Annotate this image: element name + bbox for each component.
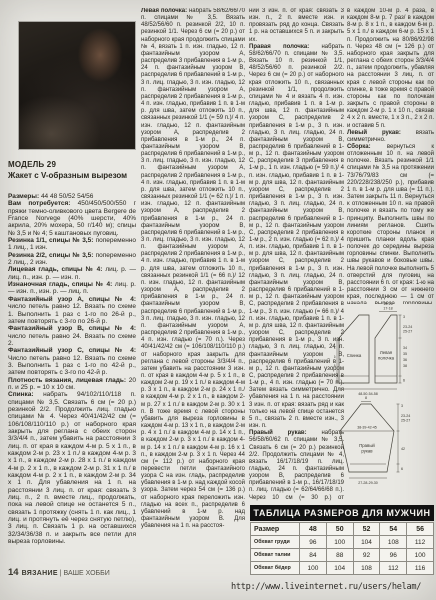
row-label: Обхват талии	[251, 549, 300, 562]
dim-top-width-2: 17-18	[383, 307, 392, 311]
dim-side-left-1: 34	[334, 346, 336, 350]
paragraph-lead: Спинка:	[8, 391, 43, 398]
paragraph-lead: Фантазийный узор А, спицы № 4:	[8, 296, 136, 303]
page-title: Жакет с V-образным вырезом	[8, 171, 136, 180]
paragraph: Резинка 2/2, спицы № 3,5: попеременно 2 …	[8, 252, 136, 267]
magazine-subtitle: ВАШЕ ХОББИ	[64, 570, 110, 577]
table-cell: 84	[300, 549, 327, 562]
paragraph: Фантазийный узор А, спицы № 4: число пет…	[8, 296, 136, 325]
dim-body-width: 48-50-54-58	[358, 392, 378, 396]
schematic-front-piece	[375, 315, 397, 383]
schematic-sleeve-piece	[340, 404, 394, 472]
table-cell: 112	[380, 562, 407, 575]
dim-side-4: 38	[403, 364, 407, 368]
table-cell: 50	[326, 523, 353, 536]
text-column-1: Размеры: 44 48 50/52 54/56Вам потребуетс…	[8, 193, 136, 563]
paragraph-lead: Правый рукав:	[249, 430, 321, 436]
paragraph-lead: Левая полочка:	[141, 8, 189, 14]
paragraph: в каждом 10-м р. 4 раза, в каждом 8-м р.…	[347, 8, 434, 130]
paragraph: Вам потребуется: 450/450/500/550 г пряжи…	[8, 200, 136, 237]
table-cell: 104	[353, 536, 380, 549]
table-cell: 92	[353, 549, 380, 562]
paragraph: нии 3 изн. п. от края: связать 3 изн. п.…	[249, 8, 344, 44]
paragraph: Левый рукав: вязать симметрично.	[347, 130, 434, 144]
table-cell: 48	[300, 523, 327, 536]
paragraph-lead: Правая полочка:	[249, 44, 321, 50]
paragraph-lead: Фантазийный узор В, спицы № 4:	[8, 325, 136, 332]
paragraph: Плотность вязания, лицевая гладь: 20 п. …	[8, 377, 136, 392]
table-cell: 96	[300, 536, 327, 549]
table-cell: 88	[326, 549, 353, 562]
paragraph-lead: Плотность вязания, лицевая гладь:	[8, 377, 129, 384]
row-label: Обхват груди	[251, 536, 300, 549]
table-cell: 100	[326, 536, 353, 549]
table-cell: 96	[380, 549, 407, 562]
dim-sleeve-raglan-2: 25-27	[401, 419, 410, 423]
size-table: ТАБЛИЦА РАЗМЕРОВ ДЛЯ МУЖЧИН Размер485052…	[250, 505, 434, 575]
table-cell: 116	[407, 562, 434, 575]
dim-sleeve-raglan-1: 23-24	[401, 414, 410, 418]
row-label: Размер	[251, 523, 300, 536]
size-table-title: ТАБЛИЦА РАЗМЕРОВ ДЛЯ МУЖЧИН	[250, 505, 434, 521]
paragraph: Фантазийный узор В, спицы № 4: число пет…	[8, 325, 136, 347]
sleeve-label-1: Правый	[359, 443, 375, 448]
dim-sleeve-side: 42	[401, 447, 405, 451]
page-footer: 14ВЯЗАНИЕ | ВАШЕ ХОББИ	[8, 567, 110, 578]
model-number: МОДЕЛЬ 29	[8, 160, 136, 169]
text-column-4: в каждом 10-м р. 4 раза, в каждом 8-м р.…	[347, 8, 434, 304]
dim-raglan-1: 23-24	[403, 325, 412, 329]
paragraph: Лицевая гладь, спицы № 4: лиц. р. — лиц.…	[8, 266, 136, 281]
paragraph-lead: Левый рукав:	[347, 130, 416, 136]
source-url: http://www.liveinternet.ru/users/helam/	[231, 582, 436, 592]
table-cell: 100	[407, 549, 434, 562]
dim-sleeve-top: 8	[365, 396, 367, 400]
paragraph-lead: Резинка 2/2, спицы № 3,5:	[8, 252, 96, 259]
dim-top-width-1: 15-16	[383, 302, 392, 306]
table-cell: 112	[407, 536, 434, 549]
table-cell: 54	[380, 523, 407, 536]
table-row: Размер4850525456	[251, 523, 434, 536]
dim-raglan-2: 25-27	[403, 330, 412, 334]
dim-side-3: 36	[403, 358, 407, 362]
table-cell: 108	[353, 562, 380, 575]
magazine-page: МОДЕЛЬ 29 Жакет с V-образным вырезом Раз…	[0, 0, 436, 600]
paragraph-lead: Вам потребуется:	[8, 200, 78, 207]
pattern-schematic: 15-16 17-18 3 23-24 25-27 34 35 36 38 6 …	[334, 300, 434, 504]
paragraph-lead: Изнаночная гладь, спицы № 4:	[8, 281, 115, 288]
paragraph: Резинка 1/1, спицы № 3,5: попеременно 1 …	[8, 237, 136, 252]
paragraph: Правая полочка: набрать 58/62/66/70 п. с…	[249, 44, 344, 430]
table-cell: 52	[353, 523, 380, 536]
text-column-2: Левая полочка: набрать 58/62/66/70 п. сп…	[141, 8, 245, 592]
front-piece-label-1: Левая	[380, 350, 393, 355]
footer-separator: |	[60, 570, 62, 577]
paragraph-lead: Лицевая гладь, спицы № 4:	[8, 266, 105, 273]
paragraph: Сборка: вернуться к отложенным 10 п. на …	[347, 144, 434, 304]
size-table-grid: Размер4850525456Обхват груди961001041081…	[250, 522, 434, 575]
paragraph-lead: Сборка:	[347, 144, 387, 150]
page-number: 14	[8, 567, 19, 578]
paragraph-lead: Фантазийный узор С, спицы № 4:	[8, 347, 136, 354]
text-column-3: нии 3 изн. п. от края: связать 3 изн. п.…	[249, 8, 344, 502]
dim-sleeve-rib: 6	[401, 467, 403, 471]
paragraph: Фантазийный узор С, спицы № 4: Число пет…	[8, 347, 136, 376]
dim-rib: 6	[403, 379, 405, 383]
table-row: Обхват талии84889296100	[251, 549, 434, 562]
dim-neck-drop: 3	[403, 315, 405, 319]
sleeve-label-2: рукав	[361, 449, 373, 454]
paragraph-lead: Размеры:	[8, 193, 41, 200]
schematic-back-piece	[339, 315, 369, 383]
dim-sleeve-cuff-width: 27-28-29-30	[358, 481, 378, 485]
table-cell: 108	[380, 536, 407, 549]
table-cell: 56	[407, 523, 434, 536]
paragraph: Правый рукав: набрать 56/58/60/62 п. спи…	[249, 430, 344, 502]
article-header: МОДЕЛЬ 29 Жакет с V-образным вырезом	[8, 160, 136, 180]
model-photo	[19, 22, 135, 149]
dim-sleeve-neck-drop: 3	[401, 404, 403, 408]
paragraph: Левая полочка: набрать 58/62/66/70 п. сп…	[141, 8, 245, 530]
table-row: Обхват бёдер100104108112116	[251, 562, 434, 575]
dim-sleeve-mid-width: 38-39-42-45	[357, 426, 377, 430]
paragraph: Изнаночная гладь, спицы № 4: лиц. р. — и…	[8, 281, 136, 296]
magazine-brand: ВЯЗАНИЕ	[22, 570, 58, 577]
dim-side-left-3: 38	[334, 364, 336, 368]
front-piece-label-2: полочка	[378, 356, 395, 361]
dim-side-1: 34	[403, 346, 407, 350]
dim-side-left-2: 36	[334, 355, 336, 359]
row-label: Обхват бёдер	[251, 562, 300, 575]
paragraph-lead: Резинка 1/1, спицы № 3,5:	[8, 237, 96, 244]
paragraph: Спинка: набрать 94/102/110/118 п. спицам…	[8, 391, 136, 545]
table-row: Обхват груди96100104108112	[251, 536, 434, 549]
table-cell: 104	[326, 562, 353, 575]
table-cell: 100	[300, 562, 327, 575]
dim-side-2: 35	[403, 352, 407, 356]
back-piece-label: Спинка	[347, 353, 362, 358]
